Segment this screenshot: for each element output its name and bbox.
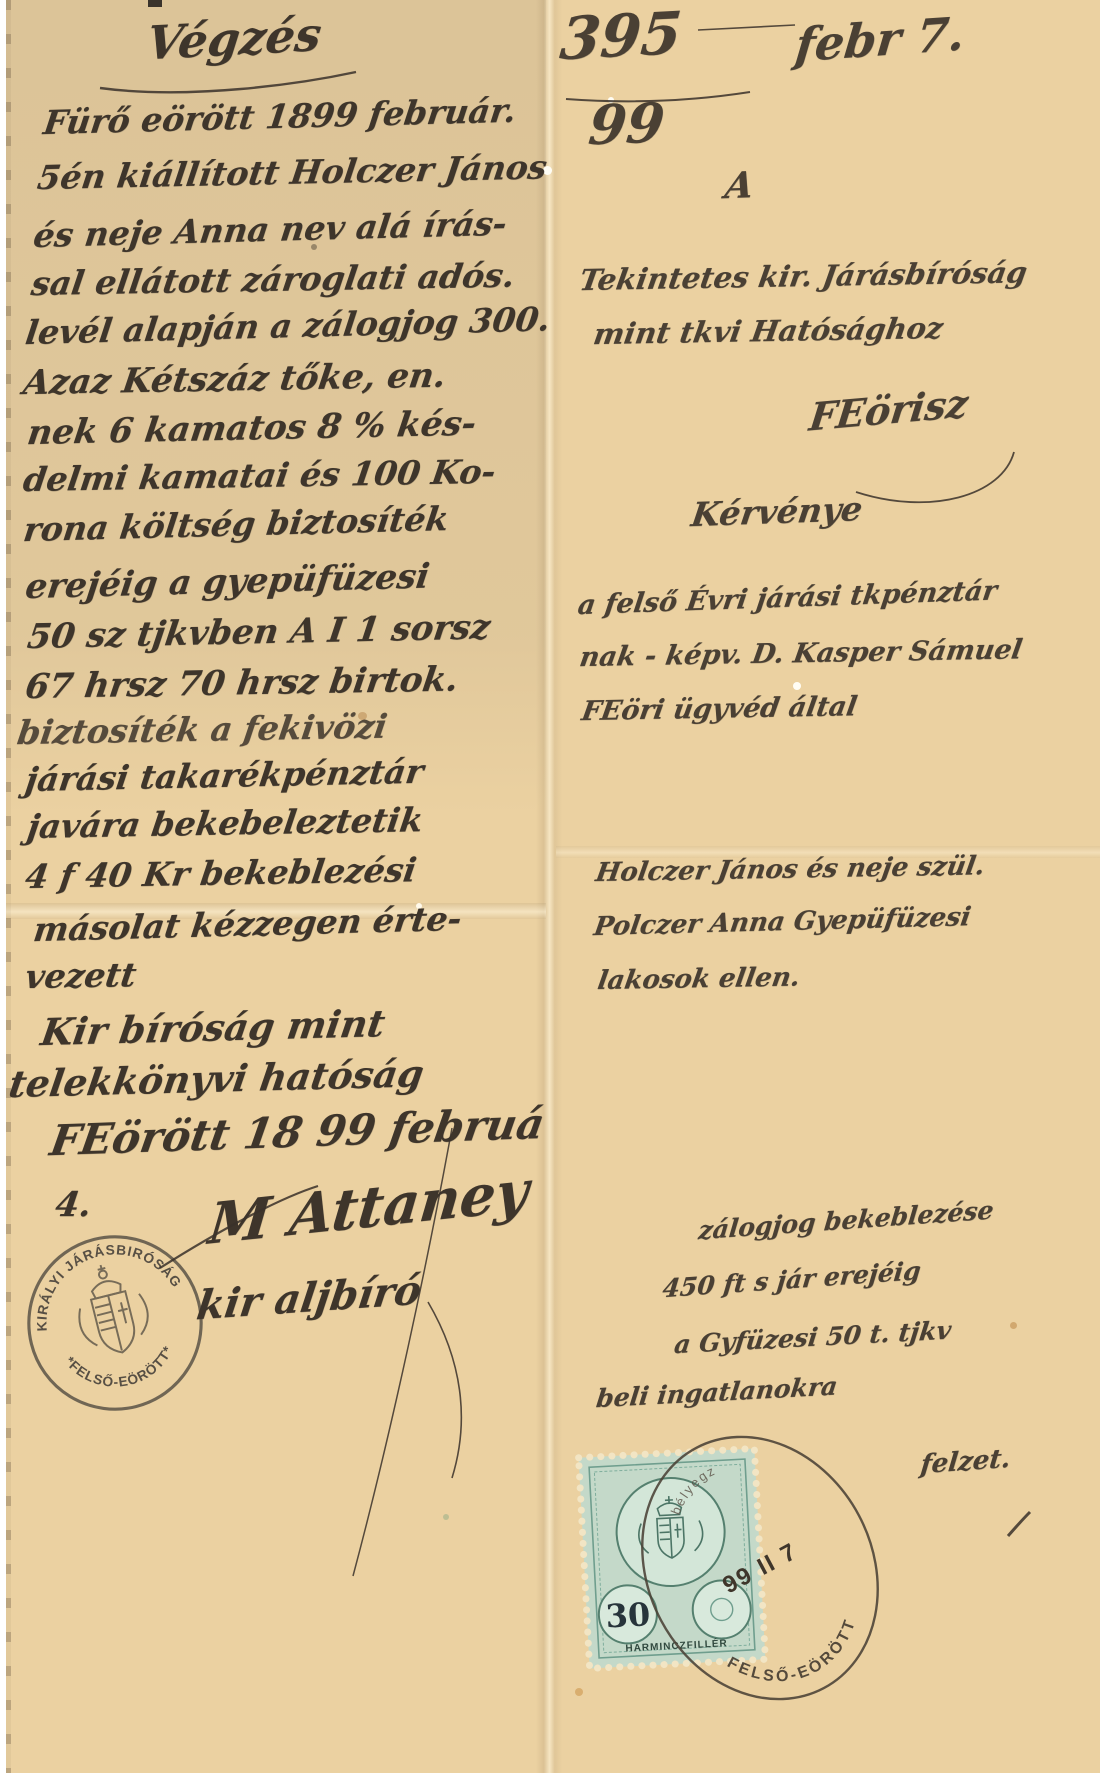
docket-number: 395 [558, 4, 684, 69]
handwritten-line: nek 6 kamatos 8 % kés- [25, 407, 478, 450]
closing-day: 4. [53, 1188, 93, 1222]
respondent-line: lakosok ellen. [596, 964, 802, 994]
handwritten-line: másolat kézzegen érte- [32, 902, 464, 946]
handwritten-line: biztosíték a fekivözi [15, 710, 389, 750]
svg-text:FELSŐ-EÖRÖTT: FELSŐ-EÖRÖTT [720, 1594, 873, 1713]
handwritten-line: javára bekebeleztetik [25, 803, 425, 843]
paper-speck [793, 682, 801, 690]
handwritten-line: Azaz Kétszáz tőke, en. [21, 359, 448, 400]
docket-note: felzet. [919, 1446, 1012, 1479]
handwritten-line: 50 sz tjkvben A I 1 sorsz [25, 610, 492, 654]
docket-year: 99 [586, 95, 667, 152]
date-note: febr 7. [793, 10, 967, 68]
closing-line: telekkönyvi hatóság [6, 1055, 426, 1103]
handwritten-line: vezett [23, 958, 138, 993]
coat-of-arms-icon [67, 1257, 155, 1361]
handwritten-line: 4 f 40 Kr bekeblezési [23, 853, 418, 893]
handwritten-line: 67 hrsz 70 hrsz birtok. [23, 662, 460, 704]
handwritten-line: delmi kamatai és 100 Ko- [21, 455, 497, 496]
paper-stain [575, 1688, 583, 1696]
respondent-line: Holczer János és neje szül. [594, 853, 987, 886]
paper-left-edge [6, 0, 11, 1773]
handwritten-line: rona költség biztosíték [22, 502, 451, 546]
handwritten-line: 5én kiállított Holczer János [35, 150, 549, 194]
petition-word: Kérvénye [689, 492, 864, 531]
postmark-place-text: FELSŐ-EÖRÖTT [720, 1594, 873, 1713]
handwritten-line: járási takarékpénztár [23, 755, 425, 796]
handwritten-line: sal ellátott zároglati adós. [29, 259, 517, 301]
petitioner-line: nak - képv. D. Kasper Sámuel [578, 636, 1024, 671]
paper-stain [1010, 1322, 1017, 1329]
scanned-document: Végzés Fürő eörött 1899 február. 5én kiá… [0, 0, 1100, 1773]
oval-postmark: bélyegz FELSŐ-EÖRÖTT 99 II 7 [610, 1418, 910, 1718]
handwritten-line: erejéig a gyepüfüzesi [24, 559, 432, 604]
svg-text:*FELSŐ-EÖRÖTT*: *FELSŐ-EÖRÖTT* [60, 1330, 182, 1403]
page-title: Végzés [144, 11, 324, 66]
petitioner-line: FEöri ügyvéd által [580, 693, 859, 725]
salutation-letter: A [723, 167, 756, 204]
paper-speck [443, 1514, 449, 1520]
court-stamp-bottom-text: *FELSŐ-EÖRÖTT* [60, 1330, 182, 1403]
postmark-date: 99 II 7 [718, 1538, 802, 1600]
vertical-fold-crease [536, 0, 562, 1773]
paper-edge-notch [148, 0, 162, 7]
closing-line: Kir bíróság mint [38, 1005, 387, 1051]
address-line: mint tkvi Hatósághoz [591, 314, 945, 349]
address-line: Tekintetes kir. Járásbíróság [577, 258, 1029, 295]
